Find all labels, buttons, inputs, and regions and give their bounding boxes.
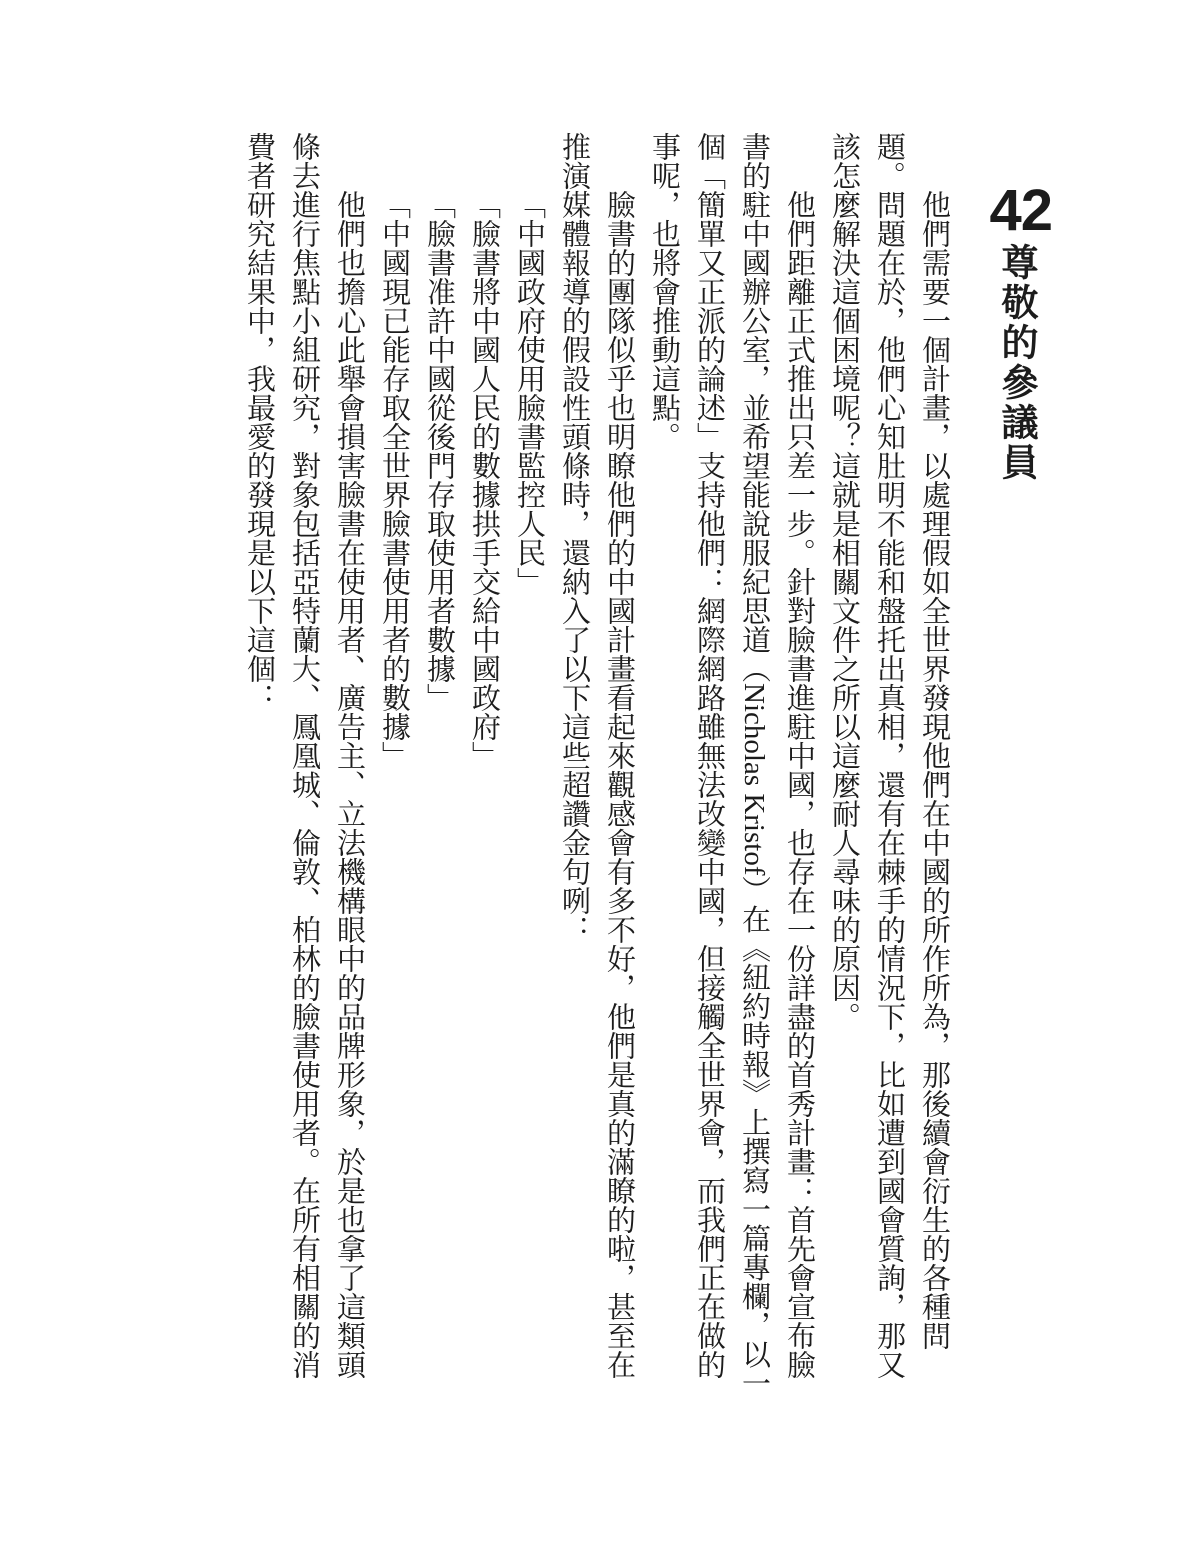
headline-quote-3: 「臉書准許中國從後門存取使用者數據」	[416, 132, 461, 1402]
headline-quote-2: 「臉書將中國人民的數據拱手交給中國政府」	[461, 132, 506, 1402]
paragraph-optics: 臉書的團隊似乎也明瞭他們的中國計畫看起來觀感會有多不好，他們是真的滿瞭的啦，甚至…	[551, 132, 641, 1402]
paragraph-plan: 他們需要一個計畫，以處理假如全世界發現他們在中國的所作所為，那後續會衍生的各種問…	[821, 132, 956, 1402]
body-text: 他們需要一個計畫，以處理假如全世界發現他們在中國的所作所為，那後續會衍生的各種問…	[236, 132, 956, 1402]
chapter-title: 尊敬的參議員	[997, 243, 1034, 483]
paragraph-focus-groups: 他們也擔心此舉會損害臉書在使用者、廣告主、立法機構眼中的品牌形象，於是也拿了這類…	[236, 132, 371, 1402]
paragraph-launch-plan: 他們距離正式推出只差一步。針對臉書進駐中國，也存在一份詳盡的首秀計畫：首先會宣布…	[641, 132, 821, 1402]
chapter-number: 42	[989, 182, 1052, 240]
headline-quote-4: 「中國現已能存取全世界臉書使用者的數據」	[371, 132, 416, 1402]
headline-quote-1: 「中國政府使用臉書監控人民」	[506, 132, 551, 1402]
book-page: 42 尊敬的參議員 他們需要一個計畫，以處理假如全世界發現他們在中國的所作所為，…	[0, 0, 1200, 1554]
